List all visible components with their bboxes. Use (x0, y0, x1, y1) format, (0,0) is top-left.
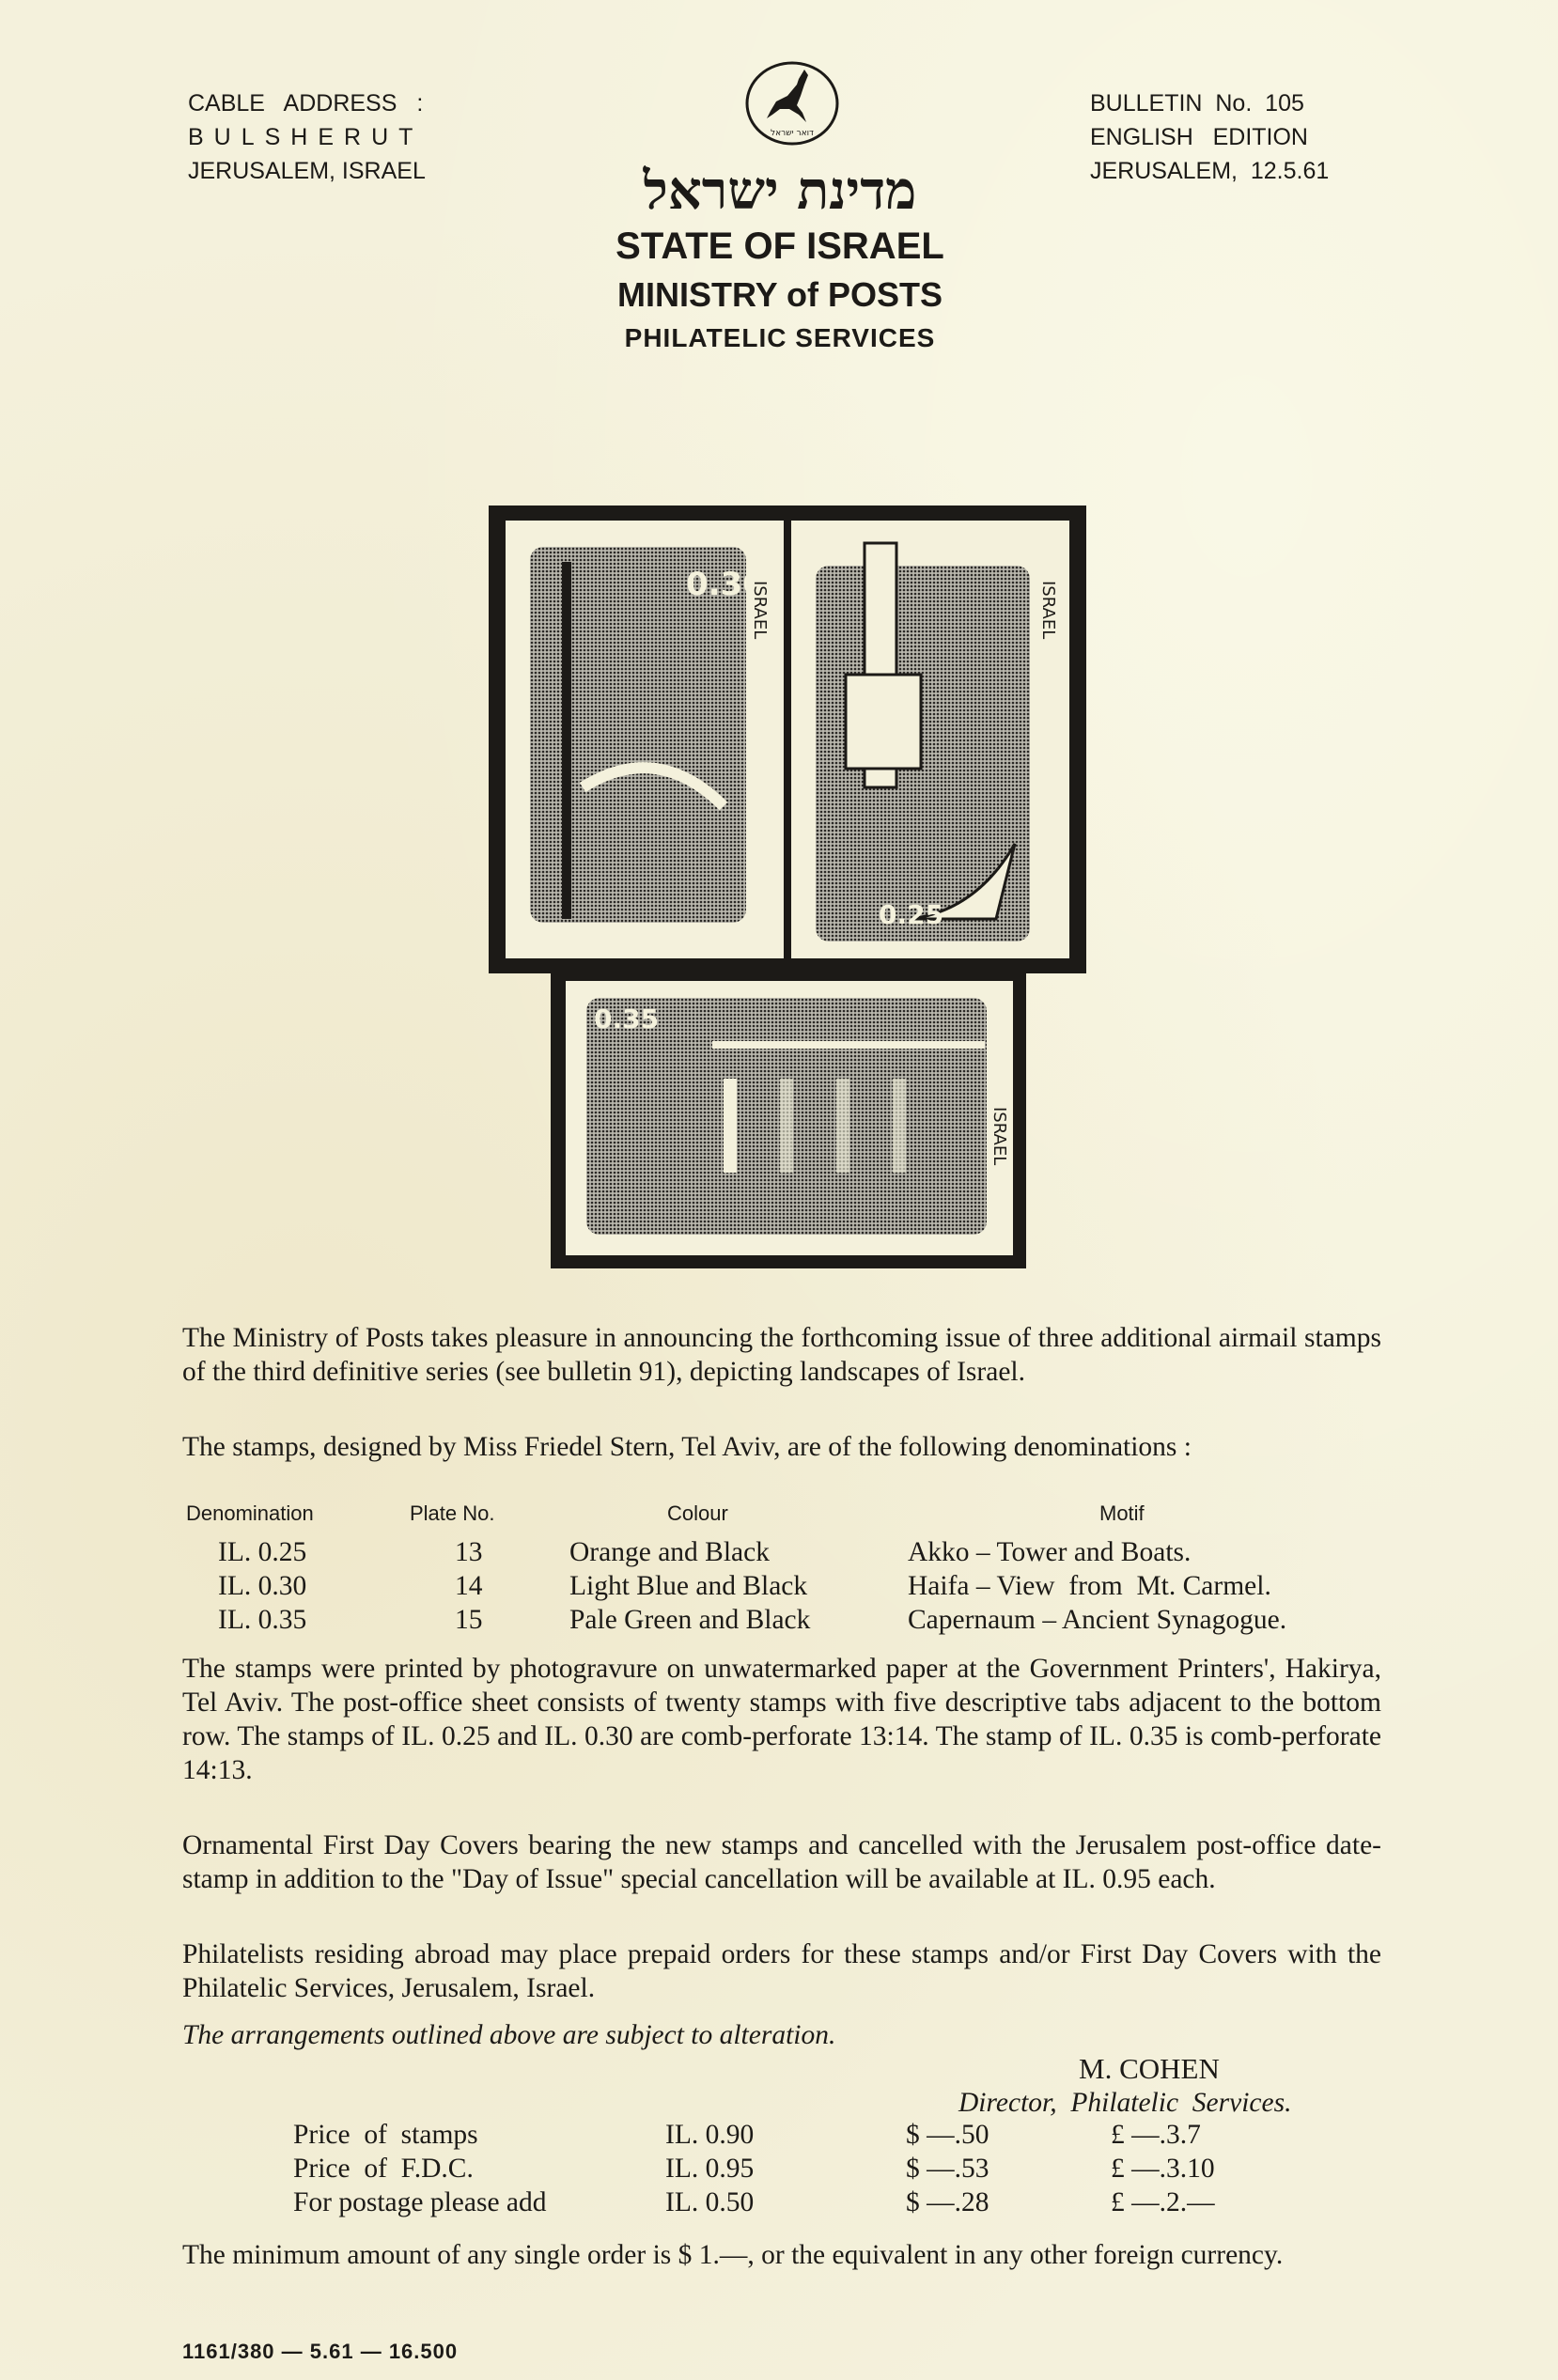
stamp-haifa: 0.30 ISRAEL (506, 521, 784, 958)
svg-text:ISRAEL: ISRAEL (750, 581, 770, 639)
cell-denomination: IL. 0.30 (218, 1571, 306, 1602)
signature-name: M. COHEN (1079, 2052, 1220, 2086)
price-gbp: £ —.3.7 (1111, 2120, 1201, 2151)
fdc-paragraph: Ornamental First Day Covers bearing the … (182, 1828, 1381, 1896)
cell-plate: 13 (455, 1537, 483, 1568)
printing-paragraph: The stamps were printed by photogravure … (182, 1652, 1381, 1787)
cell-denomination: IL. 0.35 (218, 1605, 306, 1636)
cell-colour: Orange and Black (569, 1537, 770, 1568)
bulletin-number: BULLETIN No. 105 (1090, 86, 1329, 120)
price-label: Price of stamps (293, 2120, 478, 2151)
stamp-akko: מדינת ישראל 0.25 ISRAEL (791, 521, 1069, 958)
price-il: IL. 0.50 (665, 2187, 754, 2218)
intro-paragraph: The Ministry of Posts takes pleasure in … (182, 1321, 1381, 1389)
orders-text: Philatelists residing abroad may place p… (182, 1937, 1381, 2005)
cell-colour: Light Blue and Black (569, 1571, 807, 1602)
price-il: IL. 0.90 (665, 2120, 754, 2151)
minimum-order-paragraph: The minimum amount of any single order i… (182, 2238, 1381, 2272)
header-motif: Motif (1099, 1501, 1145, 1526)
cell-motif: Capernaum – Ancient Synagogue. (908, 1605, 1286, 1636)
ministry-title: MINISTRY of POSTS (526, 271, 1034, 319)
cell-colour: Pale Green and Black (569, 1605, 810, 1636)
price-il: IL. 0.95 (665, 2154, 754, 2185)
hebrew-title: מדינת ישראל (526, 160, 1034, 222)
cell-motif: Akko – Tower and Boats. (908, 1537, 1191, 1568)
designer-paragraph: The stamps, designed by Miss Friedel Ste… (182, 1430, 1381, 1464)
svg-text:0.35: 0.35 (594, 1003, 659, 1034)
orders-paragraph: Philatelists residing abroad may place p… (182, 1937, 1381, 2005)
cable-address-label: CABLE ADDRESS : (188, 86, 426, 120)
cell-plate: 14 (455, 1571, 483, 1602)
print-code: 1161/380 — 5.61 — 16.500 (182, 2340, 458, 2364)
minimum-order-text: The minimum amount of any single order i… (182, 2238, 1381, 2272)
price-usd: $ —.53 (906, 2154, 989, 2185)
stamps-illustration: 0.30 ISRAEL מדינת ישראל 0.25 ISRAEL 0.35… (489, 506, 1086, 1268)
signature-title: Director, Philatelic Services. (958, 2088, 1291, 2119)
fdc-text: Ornamental First Day Covers bearing the … (182, 1828, 1381, 1896)
cell-denomination: IL. 0.25 (218, 1537, 306, 1568)
price-label: Price of F.D.C. (293, 2154, 474, 2185)
price-usd: $ —.28 (906, 2187, 989, 2218)
header-denomination: Denomination (186, 1501, 314, 1526)
stamp-capernaum: 0.35 ISRAEL (566, 981, 1013, 1255)
alteration-text: The arrangements outlined above are subj… (182, 2018, 1381, 2052)
svg-text:ISRAEL: ISRAEL (989, 1107, 1009, 1165)
price-usd: $ —.50 (906, 2120, 989, 2151)
header-plate-no: Plate No. (410, 1501, 495, 1526)
svg-text:דואר ישראל: דואר ישראל (771, 129, 814, 138)
bulletin-date: JERUSALEM, 12.5.61 (1090, 154, 1329, 188)
department-title: PHILATELIC SERVICES (526, 319, 1034, 357)
cell-plate: 15 (455, 1605, 483, 1636)
intro-text: The Ministry of Posts takes pleasure in … (182, 1321, 1381, 1389)
header-colour: Colour (667, 1501, 728, 1526)
price-label: For postage please add (293, 2187, 547, 2218)
masthead: מדינת ישראל STATE OF ISRAEL MINISTRY of … (526, 160, 1034, 357)
bulletin-edition: ENGLISH EDITION (1090, 120, 1329, 154)
cable-address-block: CABLE ADDRESS : BULSHERUT JERUSALEM, ISR… (188, 86, 426, 188)
price-gbp: £ —.2.— (1111, 2187, 1215, 2218)
designer-text: The stamps, designed by Miss Friedel Ste… (182, 1430, 1381, 1464)
state-title: STATE OF ISRAEL (526, 222, 1034, 271)
svg-text:0.25: 0.25 (879, 899, 943, 930)
printing-text: The stamps were printed by photogravure … (182, 1652, 1381, 1787)
svg-text:ISRAEL: ISRAEL (1038, 581, 1058, 639)
cable-address-value: BULSHERUT (188, 120, 426, 154)
cell-motif: Haifa – View from Mt. Carmel. (908, 1571, 1271, 1602)
price-gbp: £ —.3.10 (1111, 2154, 1215, 2185)
bulletin-info-block: BULLETIN No. 105 ENGLISH EDITION JERUSAL… (1090, 86, 1329, 188)
leaping-deer-emblem-icon: דואר ישראל (729, 56, 855, 150)
cable-address-city: JERUSALEM, ISRAEL (188, 154, 426, 188)
alteration-note: The arrangements outlined above are subj… (182, 2018, 1381, 2052)
